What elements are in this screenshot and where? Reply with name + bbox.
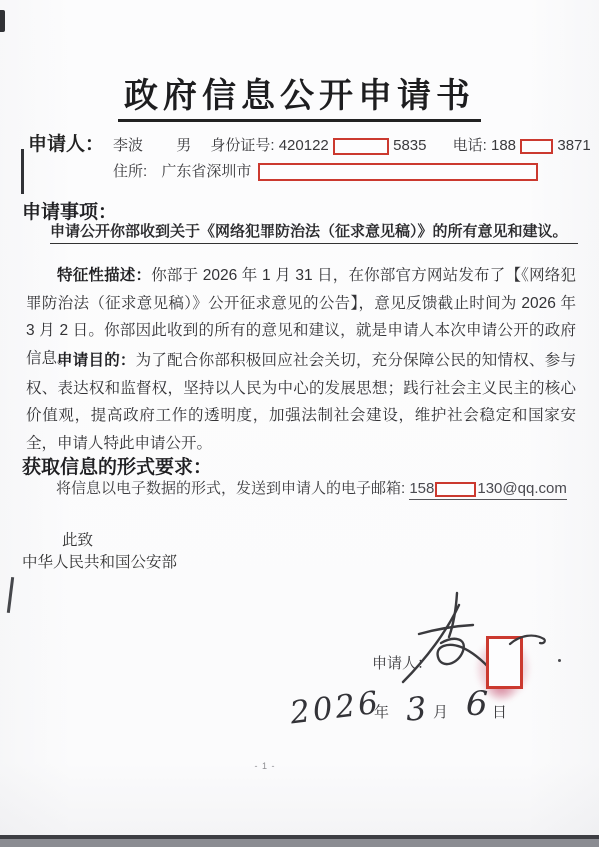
delivery-line: 将信息以电子数据的形式，发送到申请人的电子邮箱: 158130@qq.com <box>26 477 567 498</box>
delivery-section-heading: 获取信息的形式要求： <box>22 452 212 479</box>
request-item-underlined: 申请公开你部收到关于《网络犯罪防治法（征求意见稿）》的所有意见和建议。 <box>50 220 578 244</box>
handwritten-year: 2026 <box>288 685 383 732</box>
signature-hook-stroke <box>508 630 550 652</box>
handwritten-month: 3 <box>405 689 428 728</box>
email-address: 158130@qq.com <box>409 480 566 500</box>
applicant-phone-suffix: 3871 <box>557 137 590 154</box>
email-suffix: 130@qq.com <box>477 480 566 497</box>
email-prefix: 158 <box>409 480 434 497</box>
address-label: 住所: <box>113 163 147 180</box>
document-title: 政府信息公开申请书 <box>0 68 599 117</box>
applicant-name: 李波 <box>113 137 143 154</box>
page-number: - 1 - <box>0 761 530 771</box>
applicant-gender: 男 <box>176 137 191 154</box>
ink-dot <box>558 659 561 662</box>
scan-edge-mark <box>0 10 5 32</box>
applicant-id-field: 身份证号: 420122 <box>210 137 328 154</box>
redaction-box-email <box>435 482 476 497</box>
applicant-phone-field: 电话: 188 <box>453 137 516 154</box>
scan-bottom-shadow <box>0 839 599 847</box>
closing-recipient: 中华人民共和国公安部 <box>22 550 177 572</box>
scanned-document-page: 政府信息公开申请书 申请人： 李波 男 身份证号: 420122 5835 电话… <box>0 0 599 847</box>
applicant-heading: 申请人： <box>28 129 104 156</box>
applicant-address-row: 住所: 广东省深圳市 <box>113 160 538 181</box>
description-label: 特征性描述： <box>57 267 151 284</box>
purpose-paragraph: 申请目的：为了配合你部积极回应社会关切，充分保障公民的知情权、参与权、表达权和监… <box>26 347 576 457</box>
address-visible-text: 广东省深圳市 <box>161 163 251 180</box>
closing-salute: 此致 <box>62 528 93 550</box>
purpose-label: 申请目的： <box>57 352 136 369</box>
month-unit: 月 <box>433 701 448 722</box>
scan-tick-mark <box>21 149 24 194</box>
redaction-box-id-number <box>333 138 389 155</box>
redaction-box-phone <box>520 139 553 154</box>
scan-slant-mark <box>7 577 14 613</box>
redaction-box-address <box>258 163 538 181</box>
handwritten-day: 6 <box>465 683 489 724</box>
delivery-line-prefix: 将信息以电子数据的形式，发送到申请人的电子邮箱: <box>56 480 409 497</box>
applicant-id-suffix: 5835 <box>393 137 426 154</box>
applicant-info-row: 李波 男 身份证号: 420122 5835 电话: 188 3871 <box>113 134 591 155</box>
